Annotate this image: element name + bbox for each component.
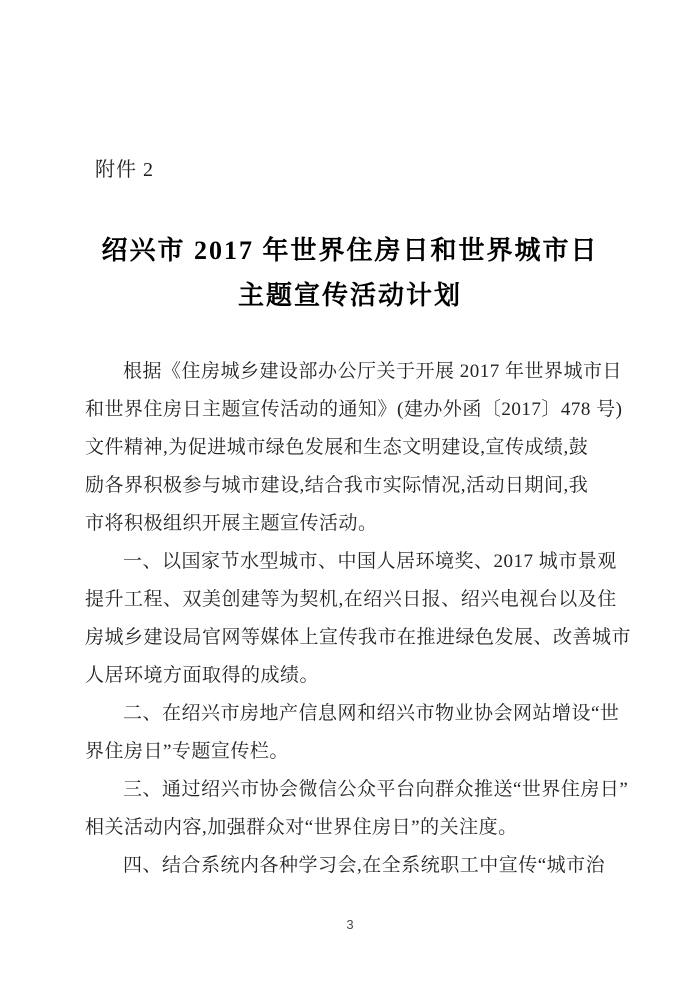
document-page: 附件 2 绍兴市 2017 年世界住房日和世界城市日 主题宣传活动计划 根据《住… xyxy=(0,0,700,1004)
page-number: 3 xyxy=(0,917,700,932)
paragraph: 三、通过绍兴市协会微信公众平台向群众推送“世界住房日”相关活动内容,加强群众对“… xyxy=(85,771,630,847)
paragraph: 二、在绍兴市房地产信息网和绍兴市物业协会网站增设“世界住房日”专题宣传栏。 xyxy=(85,695,630,771)
text-line: 三、通过绍兴市协会微信公众平台向群众推送“世界住房日” xyxy=(85,771,630,809)
attachment-label: 附件 2 xyxy=(95,153,154,182)
text-line: 一、以国家节水型城市、中国人居环境奖、2017 城市景观 xyxy=(85,543,630,581)
text-line: 四、结合系统内各种学习会,在全系统职工中宣传“城市治 xyxy=(85,847,630,885)
text-line: 界住房日”专题宣传栏。 xyxy=(85,733,630,771)
text-line: 文件精神,为促进城市绿色发展和生态文明建设,宣传成绩,鼓 xyxy=(85,429,630,467)
text-line: 人居环境方面取得的成绩。 xyxy=(85,657,630,695)
paragraph: 四、结合系统内各种学习会,在全系统职工中宣传“城市治 xyxy=(85,847,630,885)
document-body: 根据《住房城乡建设部办公厅关于开展 2017 年世界城市日和世界住房日主题宣传活… xyxy=(85,353,630,885)
document-title: 绍兴市 2017 年世界住房日和世界城市日 主题宣传活动计划 xyxy=(0,228,700,318)
text-line: 提升工程、双美创建等为契机,在绍兴日报、绍兴电视台以及住 xyxy=(85,581,630,619)
text-line: 和世界住房日主题宣传活动的通知》(建办外函〔2017〕478 号) xyxy=(85,391,630,429)
text-line: 二、在绍兴市房地产信息网和绍兴市物业协会网站增设“世 xyxy=(85,695,630,733)
paragraph: 根据《住房城乡建设部办公厅关于开展 2017 年世界城市日和世界住房日主题宣传活… xyxy=(85,353,630,543)
text-line: 励各界积极参与城市建设,结合我市实际情况,活动日期间,我 xyxy=(85,467,630,505)
text-line: 根据《住房城乡建设部办公厅关于开展 2017 年世界城市日 xyxy=(85,353,630,391)
document-title-line-1: 绍兴市 2017 年世界住房日和世界城市日 xyxy=(0,228,700,273)
text-line: 市将积极组织开展主题宣传活动。 xyxy=(85,505,630,543)
paragraph: 一、以国家节水型城市、中国人居环境奖、2017 城市景观提升工程、双美创建等为契… xyxy=(85,543,630,695)
document-title-line-2: 主题宣传活动计划 xyxy=(0,273,700,318)
text-line: 房城乡建设局官网等媒体上宣传我市在推进绿色发展、改善城市 xyxy=(85,619,630,657)
text-line: 相关活动内容,加强群众对“世界住房日”的关注度。 xyxy=(85,809,630,847)
